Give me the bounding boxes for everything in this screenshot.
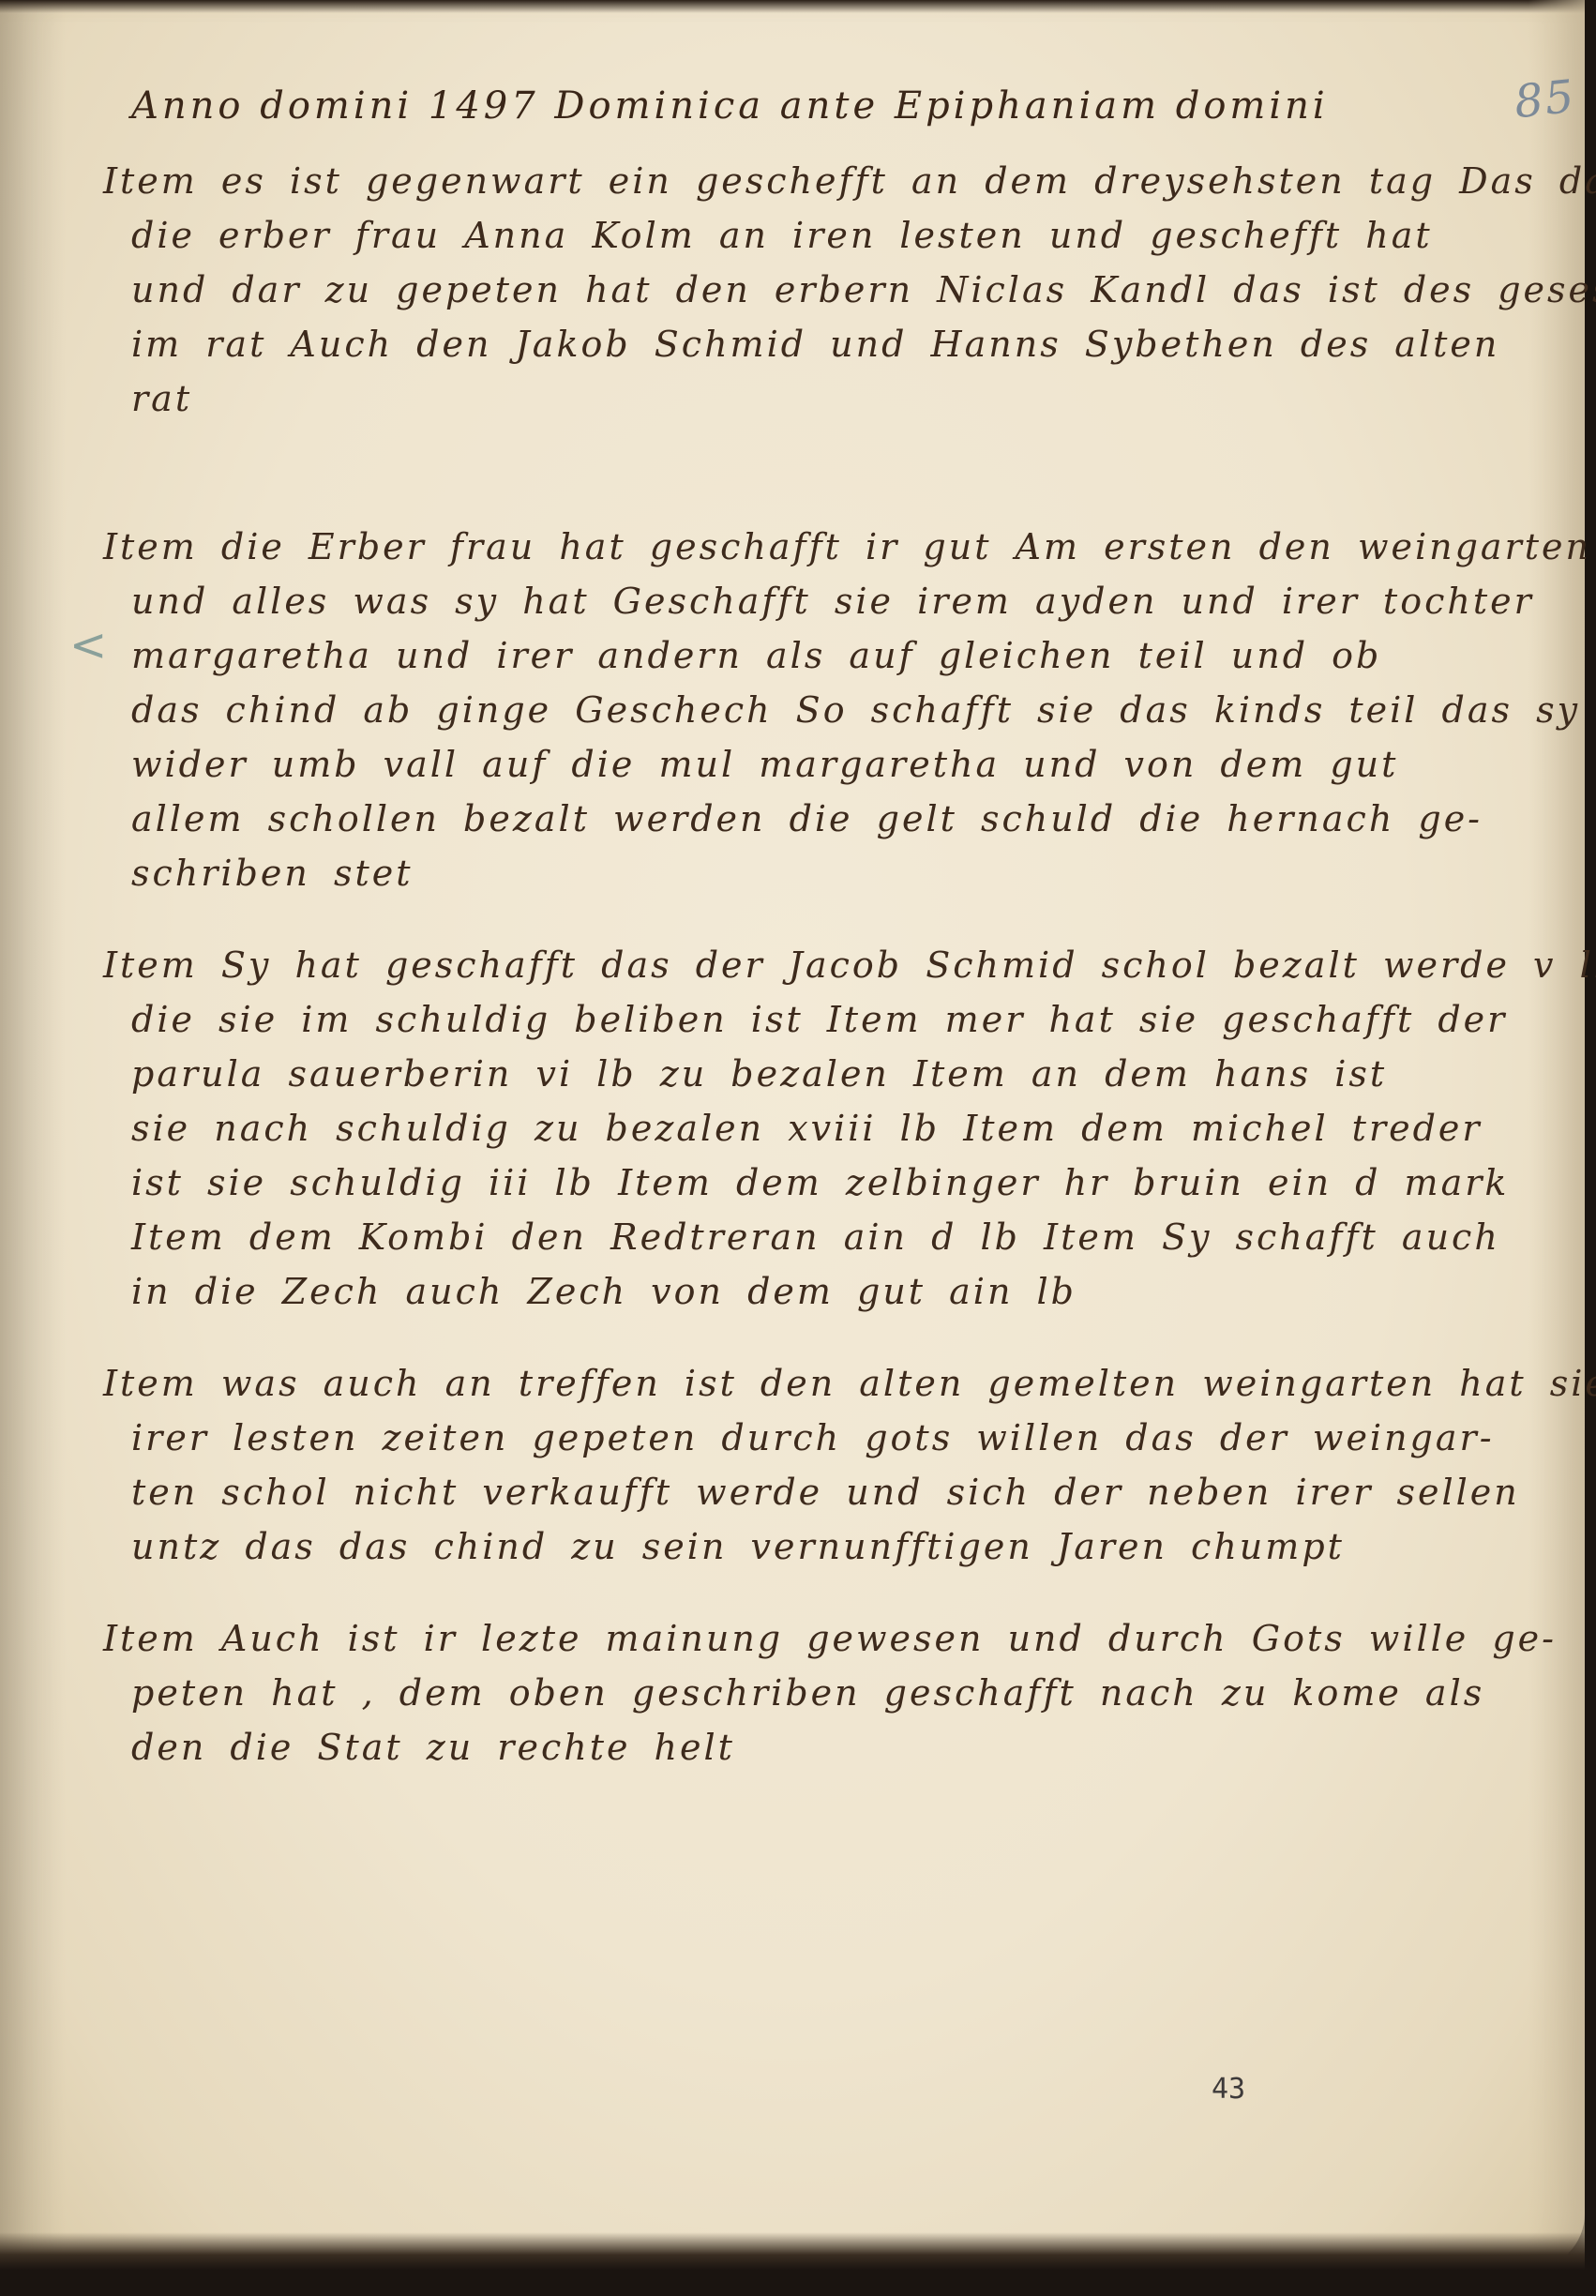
text-line: sie nach schuldig zu bezalen xviii lb It…	[103, 1101, 1510, 1156]
text-line: margaretha und irer andern als auf gleic…	[103, 628, 1510, 683]
entry-1: Item es ist gegenwart ein geschefft an d…	[103, 154, 1510, 426]
text-line: ten schol nicht verkaufft werde und sich…	[103, 1465, 1510, 1519]
margin-bracket-mark: <	[69, 619, 107, 672]
text-line: irer lesten zeiten gepeten durch gots wi…	[103, 1411, 1510, 1465]
page-right-edge	[1528, 0, 1585, 2270]
text-line: parula sauerberin vi lb zu bezalen Item …	[103, 1047, 1510, 1101]
entry-5: Item Auch ist ir lezte mainung gewesen u…	[103, 1611, 1510, 1775]
text-line: allem schollen bezalt werden die gelt sc…	[103, 792, 1510, 846]
text-line: rat	[103, 371, 1510, 426]
text-line: den die Stat zu rechte helt	[103, 1720, 1510, 1775]
text-line: und alles was sy hat Geschafft sie irem …	[103, 574, 1510, 628]
page-top-edge	[0, 0, 1585, 13]
entry-2: Item die Erber frau hat geschafft ir gut…	[103, 520, 1510, 900]
entry-3: Item Sy hat geschafft das der Jacob Schm…	[103, 938, 1510, 1319]
text-line: und dar zu gepeten hat den erbern Niclas…	[103, 263, 1510, 317]
text-line: ist sie schuldig iii lb Item dem zelbing…	[103, 1156, 1510, 1210]
manuscript-page: 85 < Anno domini 1497 Dominica ante Epip…	[0, 0, 1585, 2270]
text-line: Item Sy hat geschafft das der Jacob Schm…	[103, 938, 1510, 992]
folio-number: 85	[1512, 70, 1578, 128]
text-line: das chind ab ginge Geschech So schafft s…	[103, 683, 1510, 737]
text-line: Item was auch an treffen ist den alten g…	[103, 1356, 1510, 1411]
entry-4: Item was auch an treffen ist den alten g…	[103, 1356, 1510, 1574]
text-line: schriben stet	[103, 846, 1510, 900]
text-line: die erber frau Anna Kolm an iren lesten …	[103, 208, 1510, 263]
text-line: peten hat , dem oben geschriben geschaff…	[103, 1666, 1510, 1720]
page-bottom-edge	[0, 2232, 1585, 2270]
entry-heading: Anno domini 1497 Dominica ante Epiphania…	[131, 84, 1510, 128]
text-line: die sie im schuldig beliben ist Item mer…	[103, 992, 1510, 1047]
text-line: Item Auch ist ir lezte mainung gewesen u…	[103, 1611, 1510, 1666]
text-line: in die Zech auch Zech von dem gut ain lb	[103, 1264, 1510, 1319]
text-line: Item die Erber frau hat geschafft ir gut…	[103, 520, 1510, 574]
text-line: wider umb vall auf die mul margaretha un…	[103, 737, 1510, 792]
text-line: im rat Auch den Jakob Schmid und Hanns S…	[103, 317, 1510, 371]
text-line: Item es ist gegenwart ein geschefft an d…	[103, 154, 1510, 208]
text-line: Item dem Kombi den Redtreran ain d lb It…	[103, 1210, 1510, 1264]
page-number: 43	[1212, 2073, 1245, 2106]
manuscript-text: Anno domini 1497 Dominica ante Epiphania…	[103, 84, 1510, 1812]
text-line: untz das das chind zu sein vernunfftigen…	[103, 1519, 1510, 1574]
